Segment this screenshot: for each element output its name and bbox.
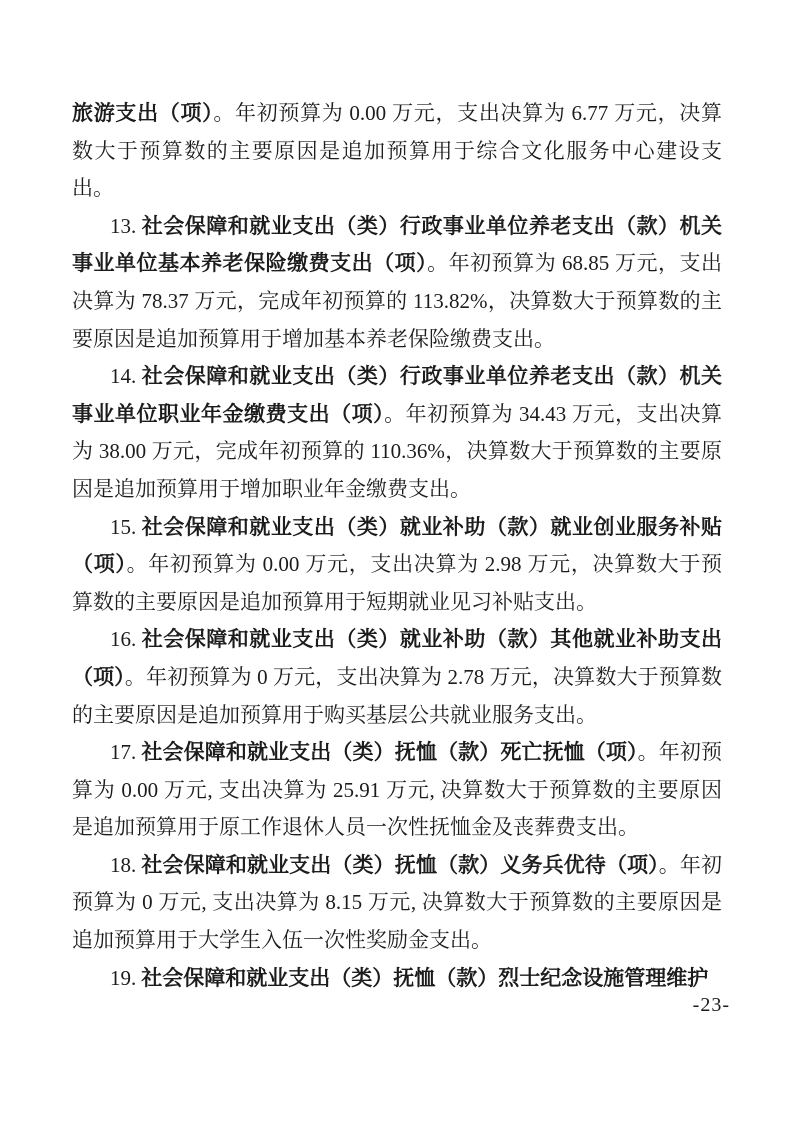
paragraph-tourism-expenditure: 旅游支出（项）。年初预算为 0.00 万元，支出决算为 6.77 万元，决算数大… <box>72 95 722 208</box>
paragraph-number: 19. <box>110 966 141 990</box>
paragraph-item-15: 15.社会保障和就业支出（类）就业补助（款）就业创业服务补贴（项）。年初预算为 … <box>72 509 722 622</box>
paragraph-item-13: 13.社会保障和就业支出（类）行政事业单位养老支出（款）机关事业单位基本养老保险… <box>72 208 722 358</box>
paragraph-body: 。年初预算为 0.00 万元，支出决算为 2.98 万元，决算数大于预算数的主要… <box>72 552 722 614</box>
paragraph-item-16: 16.社会保障和就业支出（类）就业补助（款）其他就业补助支出（项）。年初预算为 … <box>72 621 722 734</box>
paragraph-number: 13. <box>110 214 141 238</box>
paragraph-item-17: 17.社会保障和就业支出（类）抚恤（款）死亡抚恤（项）。年初预算为 0.00 万… <box>72 734 722 847</box>
paragraph-heading: 社会保障和就业支出（类）抚恤（款）烈士纪念设施管理维护 <box>141 967 708 990</box>
page-number: -23- <box>693 993 730 1017</box>
document-page: 旅游支出（项）。年初预算为 0.00 万元，支出决算为 6.77 万元，决算数大… <box>0 0 793 1122</box>
paragraph-item-18: 18.社会保障和就业支出（类）抚恤（款）义务兵优待（项）。年初预算为 0 万元,… <box>72 847 722 960</box>
paragraph-number: 15. <box>110 515 141 539</box>
paragraph-heading: 旅游支出（项） <box>72 102 213 125</box>
paragraph-body: 。年初预算为 0 万元，支出决算为 2.78 万元，决算数大于预算数的主要原因是… <box>72 665 722 727</box>
paragraph-item-14: 14.社会保障和就业支出（类）行政事业单位养老支出（款）机关事业单位职业年金缴费… <box>72 358 722 508</box>
paragraph-item-19: 19.社会保障和就业支出（类）抚恤（款）烈士纪念设施管理维护 <box>72 960 722 998</box>
paragraph-heading: 社会保障和就业支出（类）抚恤（款）义务兵优待（项） <box>141 854 659 877</box>
paragraph-number: 16. <box>110 627 141 651</box>
document-body: 旅游支出（项）。年初预算为 0.00 万元，支出决算为 6.77 万元，决算数大… <box>72 95 722 997</box>
paragraph-number: 18. <box>110 853 141 877</box>
paragraph-number: 17. <box>110 740 141 764</box>
paragraph-number: 14. <box>110 364 141 388</box>
paragraph-heading: 社会保障和就业支出（类）抚恤（款）死亡抚恤（项） <box>141 741 637 764</box>
